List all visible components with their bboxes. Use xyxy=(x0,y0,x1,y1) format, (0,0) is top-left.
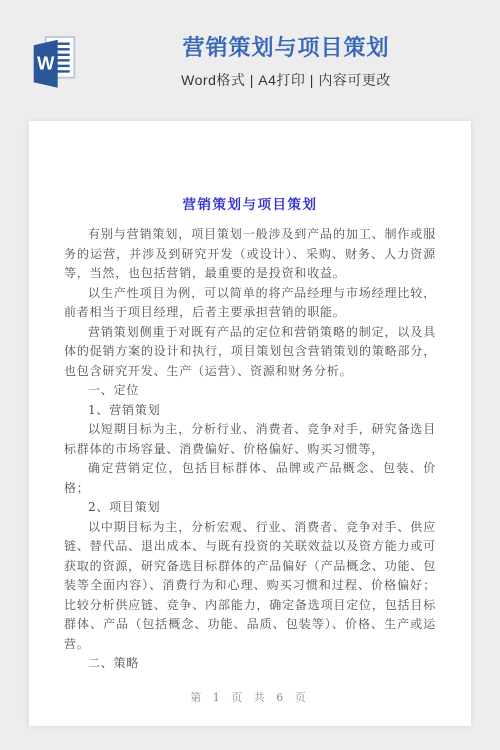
section-heading: 二、策略 xyxy=(64,654,436,674)
paragraph: 营销策划侧重于对既有产品的定位和营销策略的制定，以及具体的促销方案的设计和执行，… xyxy=(64,323,436,382)
document-header: W 营销策划与项目策划 Word格式 | A4打印 | 内容可更改 xyxy=(0,0,500,121)
section-heading: 1、营销策划 xyxy=(64,401,436,421)
paragraph: 以中期目标为主，分析宏观、行业、消费者、竞争对手、供应链、替代品、退出成本、与既… xyxy=(64,518,436,655)
paragraph: 有别与营销策划，项目策划一般涉及到产品的加工、制作或服务的运营，并涉及到研究开发… xyxy=(64,225,436,284)
section-heading: 2、项目策划 xyxy=(64,498,436,518)
paragraph: 以生产性项目为例，可以简单的将产品经理与市场经理比较，前者相当于项目经理，后者主… xyxy=(64,284,436,323)
word-icon: W xyxy=(30,33,78,89)
section-heading: 一、定位 xyxy=(64,381,436,401)
page-number-footer: 第 1 页 共 6 页 xyxy=(64,689,436,705)
paragraph: 确定营销定位，包括目标群体、品牌或产品概念、包装、价格； xyxy=(64,459,436,498)
document-page: 营销策划与项目策划 有别与营销策划，项目策划一般涉及到产品的加工、制作或服务的运… xyxy=(29,121,471,726)
document-body: 有别与营销策划，项目策划一般涉及到产品的加工、制作或服务的运营，并涉及到研究开发… xyxy=(64,225,436,674)
header-title: 营销策划与项目策划 xyxy=(78,31,494,62)
header-text-block: 营销策划与项目策划 Word格式 | A4打印 | 内容可更改 xyxy=(78,31,500,90)
paragraph: 以短期目标为主，分析行业、消费者、竞争对手，研究备选目标群体的市场容量、消费偏好… xyxy=(64,420,436,459)
document-title: 营销策划与项目策划 xyxy=(64,195,436,215)
header-subtitle: Word格式 | A4打印 | 内容可更改 xyxy=(78,70,494,90)
word-icon-letter: W xyxy=(37,52,55,73)
page-background: { "header": { "title": "营销策划与项目策划", "sub… xyxy=(0,0,500,750)
